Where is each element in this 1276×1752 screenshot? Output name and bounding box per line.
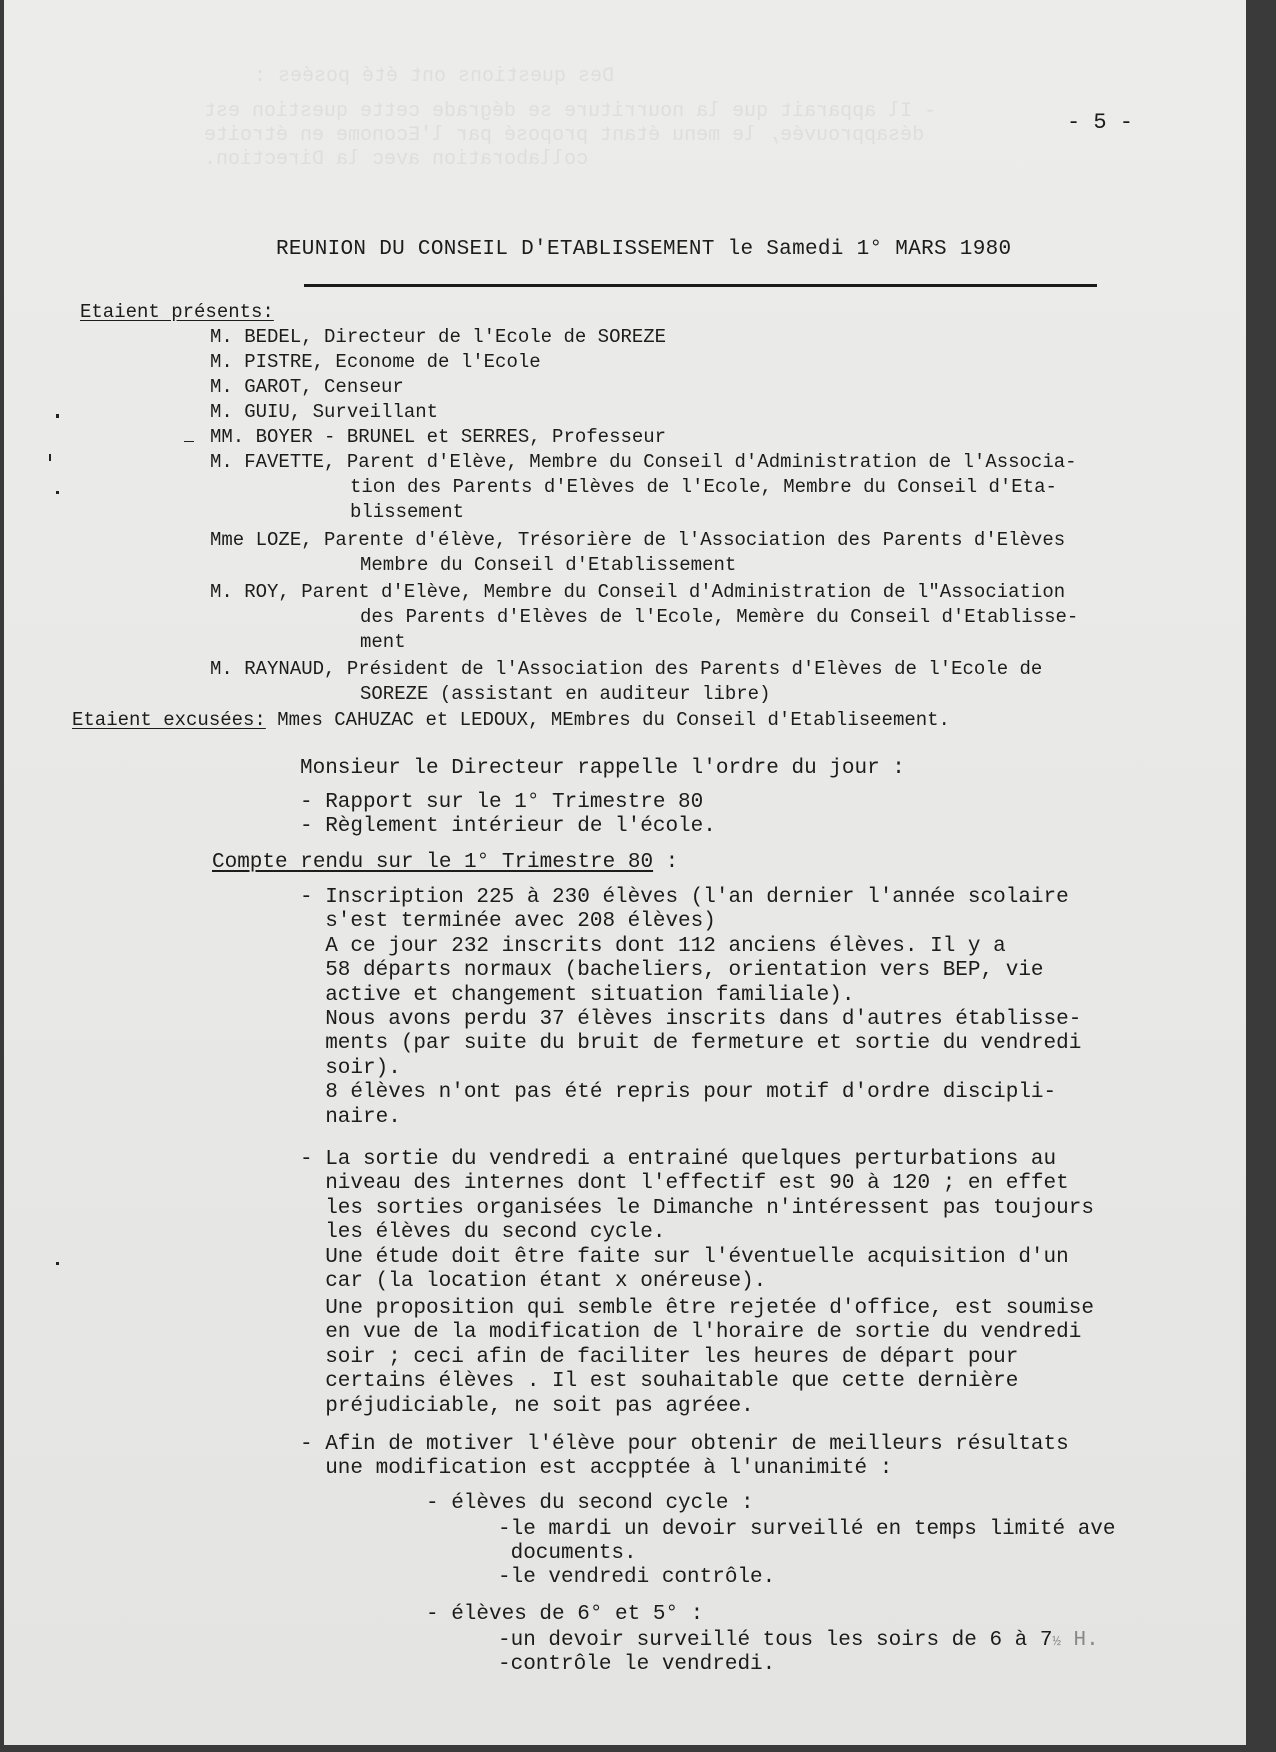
agenda-item: - Rapport sur le 1° Trimestre 80 [300,791,703,815]
paragraph-line: soir). [300,1057,401,1081]
stray-mark [56,1262,59,1265]
paragraph-line: une modification est accpptée à l'unanim… [300,1457,892,1481]
paragraph-line: ments (par suite du bruit de fermeture e… [300,1032,1081,1056]
sixth-fifth-item: -un devoir surveillé tous les soirs de 6… [498,1629,1099,1654]
stray-mark [49,454,51,461]
bleed-through-line: collaboration avec la Direction. [204,148,612,172]
paragraph-line: soir ; ceci afin de faciliter les heures… [300,1346,1018,1370]
paragraph-line: les élèves du second cycle. [300,1221,665,1245]
stray-mark [56,491,59,494]
attendee-cont: des Parents d'Elèves de l'Ecole, Memère … [360,605,1078,629]
paragraph-line: naire. [300,1106,401,1130]
hour-unit: H. [1061,1629,1099,1652]
paragraph-line: niveau des internes dont l'effectif est … [300,1172,1069,1196]
sixth-fifth-item: -contrôle le vendredi. [498,1653,775,1677]
attendee-cont: tion des Parents d'Elèves de l'Ecole, Me… [350,475,1057,499]
excused-heading: Etaient excusées: [72,709,266,731]
second-cycle-item: documents. [498,1542,637,1566]
attendee: M. GAROT, Censeur [210,375,404,399]
paragraph-line: A ce jour 232 inscrits dont 112 anciens … [300,935,1006,959]
attendee-cont: SOREZE (assistant en auditeur libre) [360,682,770,706]
paragraph-line: préjudiciable, ne soit pas agréee. [300,1395,754,1419]
paragraph-line: - Afin de motiver l'élève pour obtenir d… [300,1433,1069,1457]
attendee: MM. BOYER - BRUNEL et SERRES, Professeur [210,425,666,449]
paragraph-line: 58 départs normaux (bacheliers, orientat… [300,959,1044,983]
agenda-intro: Monsieur le Directeur rappelle l'ordre d… [300,757,905,781]
bleed-through-line: Des questions ont été posées : [254,65,614,89]
paragraph-line: Une proposition qui semble être rejetée … [300,1297,1094,1321]
attendee: Mme LOZE, Parente d'élève, Trésorière de… [210,528,1065,552]
attendee-cont: ment [360,630,406,654]
bleed-through-line: - Il apparait que la nourriture se dégra… [204,100,936,124]
paragraph-line: s'est terminée avec 208 élèves) [300,910,716,934]
paragraph-line: car (la location étant x onéreuse). [300,1270,766,1294]
second-cycle-item: -le mardi un devoir surveillé en temps l… [498,1518,1116,1542]
page-number: - 5 - [1067,110,1133,135]
attendee: M. RAYNAUD, Président de l'Association d… [210,657,1042,681]
attendee-cont: Membre du Conseil d'Etablissement [360,553,736,577]
second-cycle-item: -le vendredi contrôle. [498,1566,775,1590]
paragraph-line: les sorties organisées le Dimanche n'int… [300,1197,1094,1221]
paragraph-line: Nous avons perdu 37 élèves inscrits dans… [300,1008,1081,1032]
attendee-cont: blissement [350,500,464,524]
second-cycle-text: -le mardi un devoir surveillé en temps l… [498,1518,1116,1541]
attendee: M. FAVETTE, Parent d'Elève, Membre du Co… [210,450,1077,474]
half-fraction: ½ [1053,1634,1061,1650]
sixth-fifth-heading: - élèves de 6° et 5° : [426,1603,703,1627]
paragraph-line: en vue de la modification de l'horaire d… [300,1321,1081,1345]
second-cycle-heading: - élèves du second cycle : [426,1492,754,1516]
stray-mark [184,441,194,442]
bleed-through-line: désapprouvée, le menu étant proposé par … [204,124,948,148]
present-heading: Etaient présents: [80,300,274,324]
excused-text: Mmes CAHUZAC et LEDOUX, MEmbres du Conse… [266,709,950,731]
document-page: Des questions ont été posées : - Il appa… [4,0,1246,1745]
attendee: M. GUIU, Surveillant [210,400,438,424]
report-heading: Compte rendu sur le 1° Trimestre 80 [212,851,653,874]
document-title: REUNION DU CONSEIL D'ETABLISSEMENT le Sa… [276,238,1011,262]
paragraph-line: 8 élèves n'ont pas été repris pour motif… [300,1081,1056,1105]
stray-mark [56,414,59,418]
title-rule [304,284,1097,287]
sixth-text: -un devoir surveillé tous les soirs de 6… [498,1629,1053,1652]
paragraph-line: - La sortie du vendredi a entrainé quelq… [300,1148,1056,1172]
paragraph-line: - Inscription 225 à 230 élèves (l'an der… [300,886,1069,910]
paragraph-line: Une étude doit être faite sur l'éventuel… [300,1246,1069,1270]
report-heading-line: Compte rendu sur le 1° Trimestre 80 : [212,851,678,875]
report-heading-colon: : [653,851,678,874]
paragraph-line: active et changement situation familiale… [300,984,855,1008]
excused-line: Etaient excusées: Mmes CAHUZAC et LEDOUX… [72,708,950,732]
attendee: M. ROY, Parent d'Elève, Membre du Consei… [210,580,1065,604]
attendee: M. PISTRE, Econome de l'Ecole [210,350,541,374]
paragraph-line: certains élèves . Il est souhaitable que… [300,1370,1018,1394]
attendee: M. BEDEL, Directeur de l'Ecole de SOREZE [210,325,666,349]
agenda-item: - Règlement intérieur de l'école. [300,815,716,839]
